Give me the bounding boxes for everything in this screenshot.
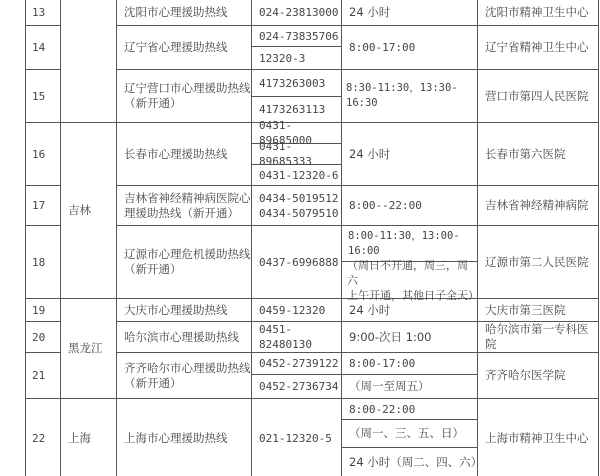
service-hours: 8:00-17:00 xyxy=(342,26,477,69)
phone-number: 024-73835706 xyxy=(252,26,341,46)
phone-number: 4173263003 xyxy=(252,70,341,96)
row-number: 21 xyxy=(25,353,60,398)
hotline-name: 辽源市心理危机援助热线 （新开通） xyxy=(117,226,251,298)
phone-number: 024-23813000 xyxy=(252,0,341,25)
hotline-name: 辽宁省心理援助热线 xyxy=(117,26,251,69)
phone-number: 0437-6996888 xyxy=(252,226,341,298)
service-hours: 24 小时 xyxy=(342,299,477,321)
phone-numbers: 0434-5019512 0434-5079510 xyxy=(252,186,341,225)
organization: 长春市第六医院 xyxy=(478,123,598,185)
row-number: 15 xyxy=(25,70,60,122)
phone-number: 0451-82480130 xyxy=(252,322,341,352)
organization: 辽宁省精神卫生中心 xyxy=(478,26,598,69)
service-hours: 8:00-22:00 xyxy=(342,399,477,419)
phone-number: 12320-3 xyxy=(252,47,341,69)
hotline-name: 吉林省神经精神病医院心 理援助热线（新开通） xyxy=(117,186,251,225)
province-cell: 吉林 xyxy=(61,123,116,298)
hotline-name-line1: 齐齐哈尔市心理援助热线 xyxy=(124,361,251,376)
service-hours: 24 小时 xyxy=(342,123,477,185)
hotline-table: 13 沈阳市心理援助热线 024-23813000 24 小时 沈阳市精神卫生中… xyxy=(25,0,599,476)
hotline-name-line2: （新开通） xyxy=(124,262,182,277)
hotline-name: 辽宁营口市心理援助热线 （新开通） xyxy=(117,70,251,122)
phone-number: 0459-12320 xyxy=(252,299,341,321)
row-number: 22 xyxy=(25,399,60,476)
service-hours: 8:30-11:30，13:30-16:30 xyxy=(342,70,477,122)
organization: 上海市精神卫生中心 xyxy=(478,399,598,476)
hotline-name: 沈阳市心理援助热线 xyxy=(117,0,251,25)
phone-number: 0452-2739122 xyxy=(252,353,341,374)
hotline-name: 哈尔滨市心理援助热线 xyxy=(117,322,251,352)
row-number: 13 xyxy=(25,0,60,25)
hotline-name: 上海市心理援助热线 xyxy=(117,399,251,476)
province-cell: 上海 xyxy=(61,399,116,476)
service-hours-note: （周日不开通，周三，周六 上午开通，其他日子全天） xyxy=(342,262,477,298)
hotline-name-line2: 理援助热线（新开通） xyxy=(124,206,239,221)
row-number: 16 xyxy=(25,123,60,185)
organization: 哈尔滨市第一专科医院 xyxy=(478,322,598,352)
hotline-name-line2: （新开通） xyxy=(124,376,182,391)
hotline-name: 长春市心理援助热线 xyxy=(117,123,251,185)
phone-number: 0434-5079510 xyxy=(259,206,338,221)
row-number: 19 xyxy=(25,299,60,321)
phone-number: 0431-89685333 xyxy=(252,144,341,164)
phone-number: 0434-5019512 xyxy=(259,191,338,206)
hotline-name-line1: 辽源市心理危机援助热线 xyxy=(124,247,251,262)
service-hours: 8:00-17:00 xyxy=(342,353,477,374)
service-hours-note: （周一、三、五、日） xyxy=(342,420,477,447)
row-number: 20 xyxy=(25,322,60,352)
hotline-name-line1: 吉林省神经精神病医院心 xyxy=(124,191,251,206)
row-number: 17 xyxy=(25,186,60,225)
row-number: 14 xyxy=(25,26,60,69)
hotline-name-line1: 辽宁营口市心理援助热线 xyxy=(124,81,251,96)
hotline-name-line2: （新开通） xyxy=(124,96,182,111)
service-hours-note: （周一至周五） xyxy=(342,375,477,398)
organization: 吉林省神经精神病院 xyxy=(478,186,598,225)
hotline-name: 齐齐哈尔市心理援助热线 （新开通） xyxy=(117,353,251,398)
phone-number: 021-12320-5 xyxy=(252,399,341,476)
service-hours: 24 小时 xyxy=(342,0,477,25)
organization: 沈阳市精神卫生中心 xyxy=(478,0,598,25)
phone-number: 0452-2736734 xyxy=(252,375,341,398)
service-hours-note: 24 小时（周二、四、六） xyxy=(342,448,477,476)
service-hours: 9:00-次日 1:00 xyxy=(342,322,477,352)
hotline-name: 大庆市心理援助热线 xyxy=(117,299,251,321)
row-number: 18 xyxy=(25,226,60,298)
phone-number: 0431-12320-6 xyxy=(252,165,341,185)
service-hours: 8:00--22:00 xyxy=(342,186,477,225)
service-hours-line: （周日不开通，周三，周六 xyxy=(347,258,477,288)
organization: 齐齐哈尔医学院 xyxy=(478,353,598,398)
province-cell: 黑龙江 xyxy=(61,299,116,398)
organization: 营口市第四人民医院 xyxy=(478,70,598,122)
organization: 大庆市第三医院 xyxy=(478,299,598,321)
organization: 辽源市第二人民医院 xyxy=(478,226,598,298)
service-hours: 8:00-11:30，13:00-16:00 xyxy=(342,226,477,261)
